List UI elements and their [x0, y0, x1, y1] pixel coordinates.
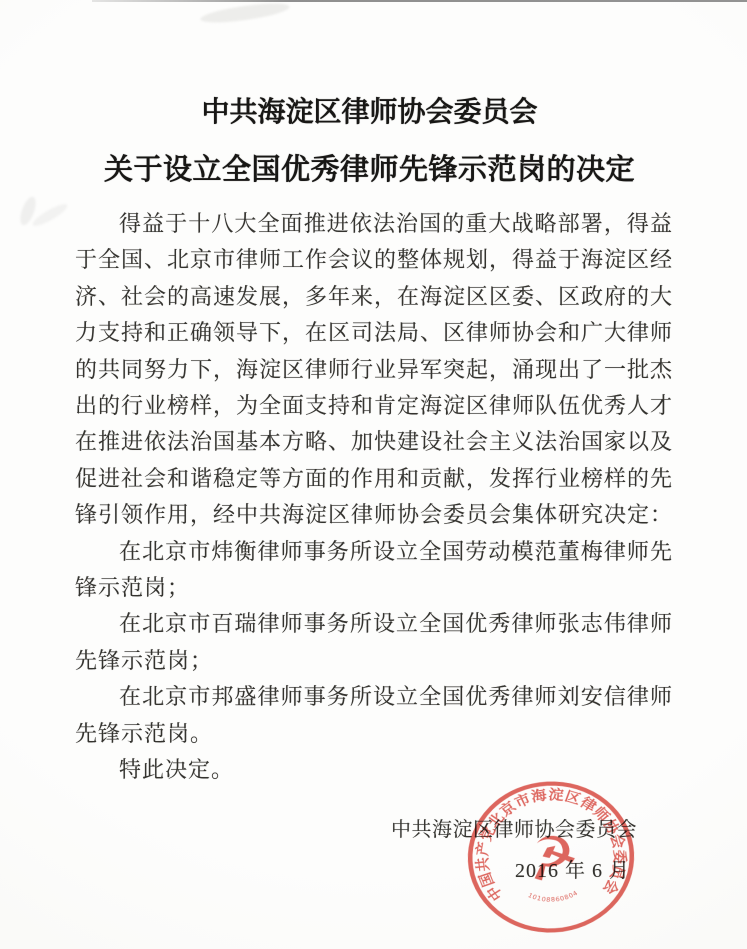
- scan-smudge: [199, 0, 290, 26]
- scanned-document-page: 中共海淀区律师协会委员会 关于设立全国优秀律师先锋示范岗的决定 得益于十八大全面…: [0, 0, 747, 949]
- scan-smudge: [30, 201, 70, 230]
- scan-edge-artifact: [92, 0, 747, 2]
- body-paragraph: 得益于十八大全面推进依法治国的重大战略部署，得益于全国、北京市律师工作会议的整体…: [75, 206, 673, 534]
- document-subtitle: 关于设立全国优秀律师先锋示范岗的决定: [0, 147, 739, 188]
- document-body: 得益于十八大全面推进依法治国的重大战略部署，得益于全国、北京市律师工作会议的整体…: [75, 206, 673, 789]
- body-paragraph: 在北京市炜衡律师事务所设立全国劳动模范董梅律师先锋示范岗；: [75, 534, 673, 607]
- body-paragraph: 在北京市邦盛律师事务所设立全国优秀律师刘安信律师先锋示范岗。: [75, 679, 673, 752]
- hammer-and-sickle-icon: ☭: [515, 820, 588, 897]
- body-paragraph: 在北京市百瑞律师事务所设立全国优秀律师张志伟律师先锋示范岗；: [75, 606, 673, 679]
- document-title: 中共海淀区律师协会委员会: [0, 90, 739, 130]
- official-seal: 中国共产党北京市海淀区律师协会委员会 1101088608048 ☭: [460, 774, 642, 941]
